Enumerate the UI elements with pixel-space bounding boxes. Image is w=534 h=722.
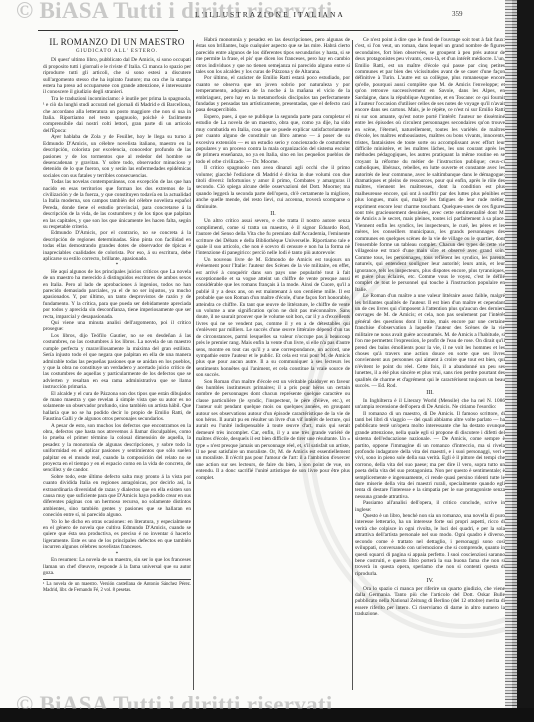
section-number: III. bbox=[355, 390, 505, 396]
paragraph: Qui viene una minuta analisi dell'argome… bbox=[43, 320, 191, 333]
page-edge bbox=[505, 0, 517, 708]
paragraph: Questo è un libro, benchè non sia un rom… bbox=[355, 513, 505, 577]
paragraph: El alcalde y el cura de Pázzona son dos … bbox=[43, 391, 191, 423]
paragraph: Un nouveau livre de M. Edmondo de Amicis… bbox=[196, 257, 350, 379]
header-rule-right bbox=[300, 30, 460, 31]
paragraph: Il critico spagnuolo non avea dinanzi ag… bbox=[196, 165, 350, 210]
column-divider-1 bbox=[193, 40, 194, 690]
scan-background-bottom bbox=[0, 708, 534, 722]
newspaper-page: © BiASA Tutti i diritti riservati L'ILLU… bbox=[0, 0, 512, 708]
paragraph: Un altro critico assai severo, e che tra… bbox=[196, 218, 350, 256]
paragraph: Il romanzo di un maestro, di De Amicis. … bbox=[355, 411, 505, 501]
column-2: Habrá monotonía y pesadez en las descrip… bbox=[196, 37, 350, 677]
running-head: L'ILLUSTRAZIONE ITALIANA bbox=[195, 10, 345, 19]
paragraph: Yo lo he dicho en otras ocasiones: en li… bbox=[43, 519, 191, 551]
paragraph: Ora lo spazio ci manca per riferire un q… bbox=[355, 586, 505, 618]
footnote: ¹ La novela de un maestro. Versión caste… bbox=[43, 579, 191, 593]
article-subtitle: GIUDICATO ALL' ESTERO. bbox=[43, 49, 191, 55]
column-2-body: Habrá monotonía y pesadez en las descrip… bbox=[196, 37, 350, 481]
header-rule-left bbox=[38, 30, 178, 31]
paragraph: Passiamo all'analisi dell'opera, il crit… bbox=[355, 500, 505, 513]
paragraph: Son Roman d'un maître d'école est un vér… bbox=[196, 379, 350, 482]
paragraph: En resumen: La novela de un maestro, sin… bbox=[43, 557, 191, 576]
column-3-body: Ce n'est point à dire que le fond de l'o… bbox=[355, 37, 505, 618]
paragraph: Todas las novelas contemporáneas, con ex… bbox=[43, 179, 191, 230]
paragraph: Los libros, dijo Teófilo Gautier, no se … bbox=[43, 333, 191, 391]
paragraph: Espero, pues, á que se publique la segun… bbox=[196, 114, 350, 165]
column-3: Ce n'est point à dire que le fond de l'o… bbox=[355, 37, 505, 687]
column-1-body: Di quest' ultimo libro, pubblicato dal D… bbox=[43, 57, 191, 576]
section-number: II. bbox=[196, 211, 350, 217]
paragraph: Ce n'est point à dire que le fond de l'o… bbox=[355, 37, 505, 293]
paragraph: Sobre todo, este último defecto salta mu… bbox=[43, 474, 191, 519]
paragraph: Habrá monotonía y pesadez en las descrip… bbox=[196, 37, 350, 75]
paragraph: In Inghilterra è il Literary World (Mens… bbox=[355, 398, 505, 411]
paragraph: Edmundo D'Amicis, por el contrario, no s… bbox=[43, 230, 191, 262]
column-divider-2 bbox=[352, 40, 353, 690]
page-number: 359 bbox=[452, 10, 463, 18]
column-1: IL ROMANZO DI UN MAESTRO GIUDICATO ALL' … bbox=[43, 37, 191, 685]
paragraph: Tra le traduzioni incominciamo: è inutil… bbox=[43, 96, 191, 134]
paragraph: A pesar de esto, son muchos los defectos… bbox=[43, 423, 191, 474]
paragraph: Por último, el carácter de Emilio Ratti … bbox=[196, 75, 350, 113]
paragraph: Di quest' ultimo libro, pubblicato dal D… bbox=[43, 57, 191, 95]
paragraph: Le Roman d'un maître a une valeur littér… bbox=[355, 293, 505, 389]
paragraph: Ayer hablaba de Zola y de Feuillet, hoy … bbox=[43, 134, 191, 179]
section-number: IV. bbox=[355, 578, 505, 584]
scan-background-right bbox=[517, 0, 534, 722]
article-title: IL ROMANZO DI UN MAESTRO bbox=[43, 37, 191, 48]
paragraph: He aquí algunos de los principales juici… bbox=[43, 269, 191, 320]
